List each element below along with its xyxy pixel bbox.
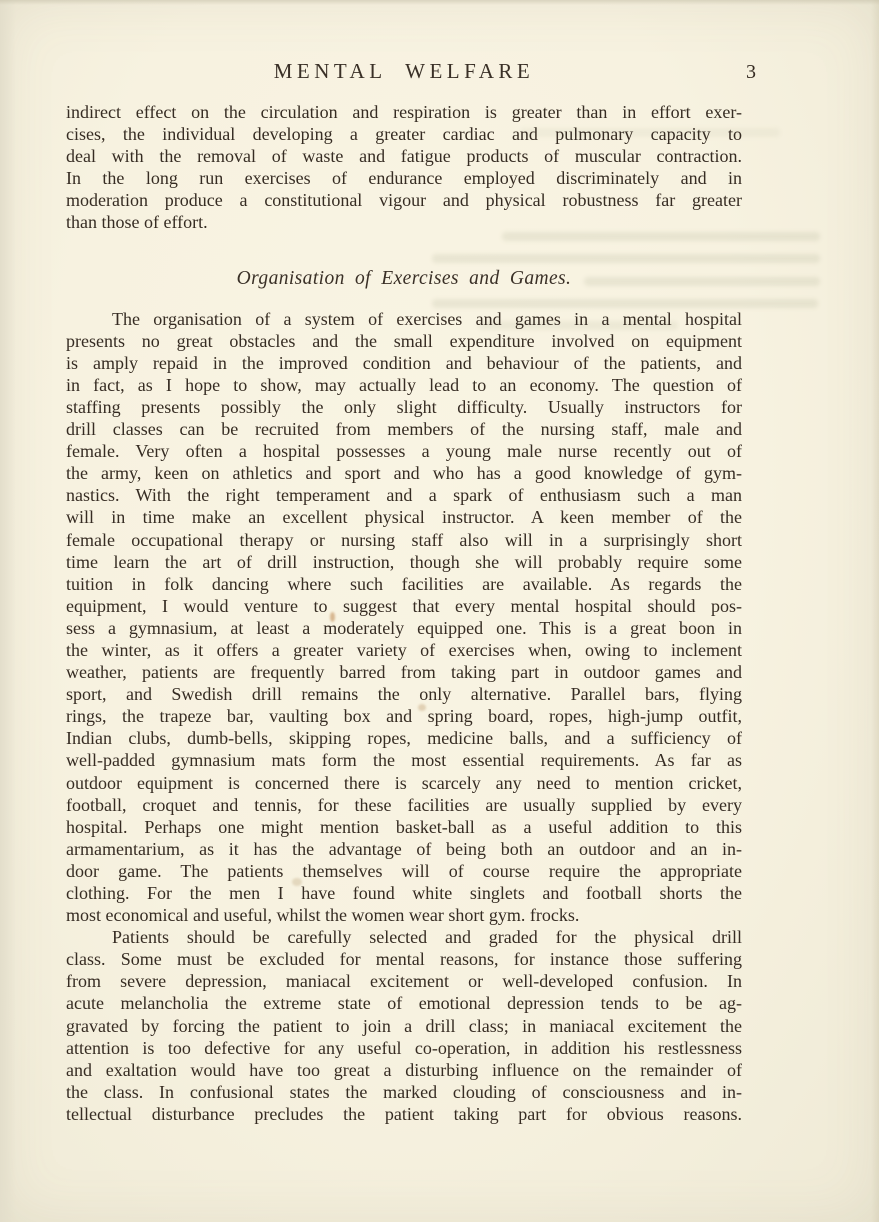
section-heading: Organisation of Exercises and Games.	[66, 267, 742, 291]
text-line: the winter, as it offers a greater varie…	[66, 639, 742, 661]
text-line: well-padded gymnasium mats form the most…	[66, 749, 742, 771]
text-line: and exaltation would have too great a di…	[66, 1059, 742, 1081]
paragraph: Patients should be carefully selected an…	[66, 926, 742, 1125]
page-left-edge-shading	[0, 0, 16, 1222]
text-line: The organisation of a system of exercise…	[66, 308, 742, 330]
text-line: cises, the individual developing a great…	[66, 123, 742, 145]
text-line: the class. In confusional states the mar…	[66, 1081, 742, 1103]
text-line: football, croquet and tennis, for these …	[66, 794, 742, 816]
text-line: gravated by forcing the patient to join …	[66, 1015, 742, 1037]
paragraph: The organisation of a system of exercise…	[66, 308, 742, 927]
text-line: armamentarium, as it has the advantage o…	[66, 838, 742, 860]
text-line: Indian clubs, dumb-bells, skipping ropes…	[66, 727, 742, 749]
scanned-book-page: MENTAL WELFARE 3 indirect effect on the …	[0, 0, 879, 1222]
text-line: most economical and useful, whilst the w…	[66, 904, 742, 926]
text-line: attention is too defective for any usefu…	[66, 1037, 742, 1059]
text-line: clothing. For the men I have found white…	[66, 882, 742, 904]
text-line: will in time make an excellent physical …	[66, 506, 742, 528]
text-line: class. Some must be excluded for mental …	[66, 948, 742, 970]
text-line: than those of effort.	[66, 211, 742, 233]
text-line: drill classes can be recruited from memb…	[66, 418, 742, 440]
text-line: staffing presents possibly the only slig…	[66, 396, 742, 418]
paragraph: indirect effect on the circulation and r…	[66, 101, 742, 234]
text-line: nastics. With the right temperament and …	[66, 484, 742, 506]
text-line: the army, keen on athletics and sport an…	[66, 462, 742, 484]
text-line: door game. The patients themselves will …	[66, 860, 742, 882]
text-line: Patients should be carefully selected an…	[66, 926, 742, 948]
text-line: sport, and Swedish drill remains the onl…	[66, 683, 742, 705]
text-line: hospital. Perhaps one might mention bask…	[66, 816, 742, 838]
text-line: time learn the art of drill instruction,…	[66, 551, 742, 573]
text-line: tellectual disturbance precludes the pat…	[66, 1103, 742, 1125]
text-line: in fact, as I hope to show, may actually…	[66, 374, 742, 396]
text-line: equipment, I would venture to suggest th…	[66, 595, 742, 617]
text-line: from severe depression, maniacal excitem…	[66, 970, 742, 992]
text-line: In the long run exercises of endurance e…	[66, 167, 742, 189]
page-header: MENTAL WELFARE 3	[66, 58, 742, 85]
text-line: presents no great obstacles and the smal…	[66, 330, 742, 352]
text-line: is amply repaid in the improved conditio…	[66, 352, 742, 374]
text-line: deal with the removal of waste and fatig…	[66, 145, 742, 167]
text-line: outdoor equipment is concerned there is …	[66, 772, 742, 794]
running-title: MENTAL WELFARE	[274, 59, 535, 83]
text-line: rings, the trapeze bar, vaulting box and…	[66, 705, 742, 727]
text-line: sess a gymnasium, at least a moderately …	[66, 617, 742, 639]
page-text-block: MENTAL WELFARE 3 indirect effect on the …	[66, 0, 742, 1125]
text-line: indirect effect on the circulation and r…	[66, 101, 742, 123]
intro-paragraph-container: indirect effect on the circulation and r…	[66, 101, 742, 234]
page-right-edge-shading	[871, 0, 879, 1222]
text-line: female. Very often a hospital possesses …	[66, 440, 742, 462]
page-number: 3	[746, 59, 756, 86]
section-paragraphs-container: The organisation of a system of exercise…	[66, 308, 742, 1125]
text-line: weather, patients are frequently barred …	[66, 661, 742, 683]
text-line: tuition in folk dancing where such facil…	[66, 573, 742, 595]
text-line: acute melancholia the extreme state of e…	[66, 992, 742, 1014]
text-line: female occupational therapy or nursing s…	[66, 529, 742, 551]
text-line: moderation produce a constitutional vigo…	[66, 189, 742, 211]
